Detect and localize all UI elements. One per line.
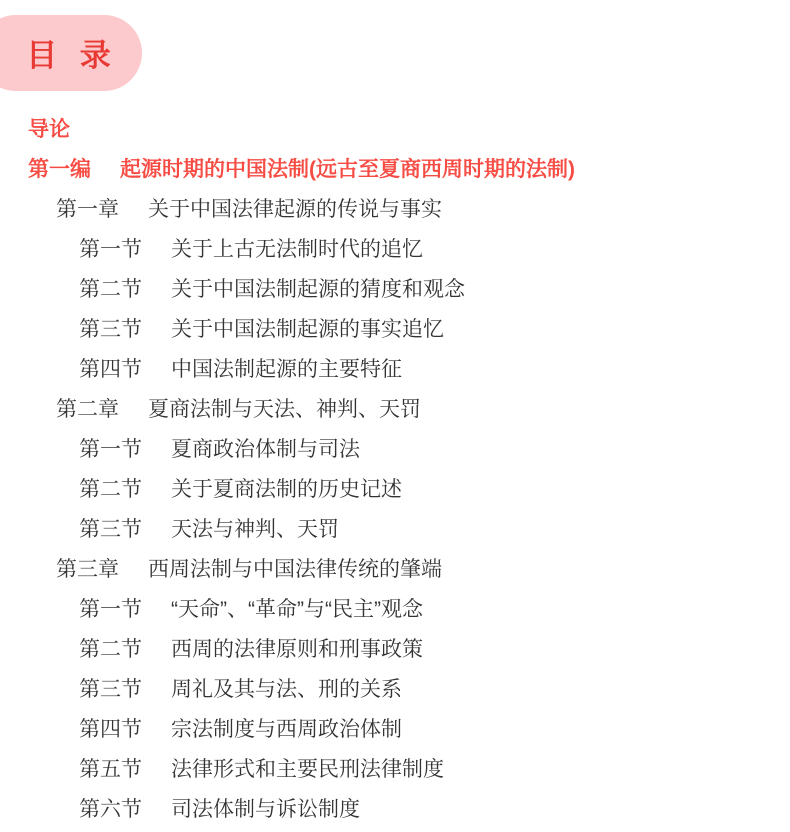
toc-item-number: 第二节 [79,638,142,661]
toc-item[interactable]: 第一章关于中国法律起源的传说与事实 [0,190,790,230]
toc-item-number: 第三章 [56,558,119,581]
toc-item-number: 第二节 [79,478,142,501]
toc-item-number: 第四节 [79,718,142,741]
toc-item-title: 中国法制起源的主要特征 [171,358,402,381]
toc-item[interactable]: 第一节夏商政治体制与司法 [0,430,790,470]
toc-item-number: 第二节 [79,278,142,301]
toc-title-badge-label: 目 录 [26,30,118,75]
toc-item-number: 第一章 [56,198,119,221]
toc-item-title: 夏商法制与天法、神判、天罚 [148,398,421,421]
toc-item[interactable]: 第一节关于上古无法制时代的追忆 [0,230,790,270]
toc-item[interactable]: 第三节天法与神判、天罚 [0,510,790,550]
toc-item-title: 法律形式和主要民刑法律制度 [171,758,444,781]
toc-item-title: 关于中国法制起源的猜度和观念 [171,278,465,301]
toc-item-number: 第一节 [79,598,142,621]
toc-item[interactable]: 第二节关于夏商法制的历史记述 [0,470,790,510]
toc-item-number: 第一编 [28,158,91,181]
toc-item-number: 第三节 [79,518,142,541]
toc-item-title: 西周的法律原则和刑事政策 [171,638,423,661]
toc-item-title: 西周法制与中国法律传统的肇端 [148,558,442,581]
toc-item-title: “天命”、“革命”与“民主”观念 [171,598,423,621]
toc-item-number: 第三节 [79,318,142,341]
toc-item-title: 关于夏商法制的历史记述 [171,478,402,501]
toc-item-number: 第四节 [79,358,142,381]
toc-item[interactable]: 第一节“天命”、“革命”与“民主”观念 [0,590,790,630]
toc-item[interactable]: 第六节司法体制与诉讼制度 [0,790,790,830]
toc-item[interactable]: 第一编起源时期的中国法制(远古至夏商西周时期的法制) [0,150,790,190]
toc-item[interactable]: 第五节法律形式和主要民刑法律制度 [0,750,790,790]
toc-item-title: 夏商政治体制与司法 [171,438,360,461]
toc-item-number: 第一节 [79,438,142,461]
toc-item-title: 关于上古无法制时代的追忆 [171,238,423,261]
toc-item[interactable]: 第二节西周的法律原则和刑事政策 [0,630,790,670]
toc-item-title: 宗法制度与西周政治体制 [171,718,402,741]
toc-item-title: 关于中国法制起源的事实追忆 [171,318,444,341]
toc-item[interactable]: 第四节宗法制度与西周政治体制 [0,710,790,750]
toc-item-number: 第二章 [56,398,119,421]
toc-item-title: 天法与神判、天罚 [171,518,339,541]
toc-item-title: 起源时期的中国法制(远古至夏商西周时期的法制) [120,158,575,181]
toc-item[interactable]: 导论 [0,110,790,150]
toc-item-title: 司法体制与诉讼制度 [171,798,360,821]
toc-item-number: 第一节 [79,238,142,261]
toc-item-number: 第六节 [79,798,142,821]
toc-item[interactable]: 第三节周礼及其与法、刑的关系 [0,670,790,710]
toc-item[interactable]: 第四节中国法制起源的主要特征 [0,350,790,390]
toc-title-badge: 目 录 [0,15,142,91]
toc-list: 导论 第一编起源时期的中国法制(远古至夏商西周时期的法制) 第一章关于中国法律起… [0,110,790,830]
toc-item-title: 关于中国法律起源的传说与事实 [148,198,442,221]
toc-item-number: 第三节 [79,678,142,701]
toc-item[interactable]: 第二节关于中国法制起源的猜度和观念 [0,270,790,310]
toc-item-title: 周礼及其与法、刑的关系 [171,678,402,701]
toc-item-number: 第五节 [79,758,142,781]
toc-item[interactable]: 第二章夏商法制与天法、神判、天罚 [0,390,790,430]
toc-item-number: 导论 [28,118,70,141]
toc-item[interactable]: 第三章西周法制与中国法律传统的肇端 [0,550,790,590]
toc-item[interactable]: 第三节关于中国法制起源的事实追忆 [0,310,790,350]
